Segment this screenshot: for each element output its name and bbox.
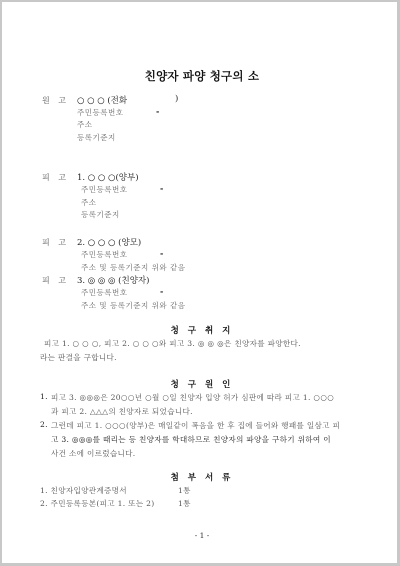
plaintiff-name: ○ ○ ○ (전화	[77, 94, 127, 106]
claim-cause-item-1-line-2: 과 피고 2. △△△의 친양자로 되었습니다.	[51, 406, 193, 417]
defendant-2-address-registry-label: 주소 및 등록기준지 위와 같음	[81, 262, 185, 273]
claim-cause-item-2-line-2: 고 3. ◎◎◎를 때리는 등 친양자를 학대하므로 친양자의 파양을 구하기 …	[51, 434, 331, 445]
attachment-item-1-label: 1. 친양자입양관계증명서	[40, 485, 127, 496]
attachments-heading: 첨 부 서 류	[2, 471, 400, 483]
plaintiff-resident-number-label: 주민등록번호	[77, 107, 123, 118]
defendant-1-registry-label: 등록기준지	[81, 209, 120, 220]
attachment-item-2-count: 1통	[178, 498, 191, 509]
plaintiff-label: 원 고	[42, 95, 69, 106]
attachment-item-2-label: 2. 주민등록등본(피고 1. 또는 2)	[40, 498, 155, 509]
plaintiff-resident-number-value: -	[156, 106, 159, 116]
claim-cause-heading: 청 구 원 인	[2, 378, 400, 390]
defendant-2-resident-number-value: -	[160, 248, 163, 258]
defendant-3-label: 피 고	[42, 275, 69, 286]
defendant-2-resident-number-label: 주민등록번호	[81, 249, 127, 260]
defendant-2-name: 2. ○ ○ ○ (양모)	[77, 236, 141, 248]
page-number: - 1 -	[2, 531, 400, 540]
document-title: 친양자 파양 청구의 소	[2, 68, 400, 84]
claim-purpose-heading: 청 구 취 지	[2, 324, 400, 336]
defendant-1-resident-number-value: -	[160, 183, 163, 193]
claim-cause-item-2-number: 2.	[40, 420, 48, 429]
document-page: 친양자 파양 청구의 소 원 고 ○ ○ ○ (전화 ) 주민등록번호 - 주소…	[0, 0, 400, 566]
plaintiff-name-close: )	[175, 94, 178, 104]
defendant-2-label: 피 고	[42, 237, 69, 248]
defendant-3-address-registry-label: 주소 및 등록기준지 위와 같음	[81, 300, 185, 311]
defendant-3-name: 3. ◎ ◎ ◎ (친양자)	[77, 274, 149, 286]
defendant-1-resident-number-label: 주민등록번호	[81, 184, 127, 195]
defendant-1-label: 피 고	[42, 172, 69, 183]
claim-cause-item-1-line-1: 피고 3. ◎◎◎은 20○○년 ○월 ○일 친양자 입양 허가 심판에 따라 …	[51, 392, 334, 403]
claim-cause-item-2-line-1: 그런데 피고 1. ○○○(양부)은 매일같이 폭음을 한 후 집에 들어와 행…	[51, 420, 340, 431]
claim-purpose-line-2: 라는 판결을 구합니다.	[40, 352, 117, 363]
attachment-item-1-count: 1통	[178, 485, 191, 496]
plaintiff-registry-label: 등록기준지	[77, 132, 116, 143]
claim-cause-item-1-number: 1.	[40, 392, 48, 401]
plaintiff-address-label: 주소	[77, 119, 93, 130]
defendant-3-resident-number-value: -	[160, 286, 163, 296]
claim-cause-item-2-line-3: 사건 소에 이르렀습니다.	[51, 448, 136, 459]
defendant-1-name: 1. ○ ○ ○(양부)	[77, 171, 139, 183]
claim-purpose-line-1: 피고 1. ○ ○ ○, 피고 2. ○ ○ ○와 피고 3. ◎ ◎ ◎은 친…	[44, 338, 301, 349]
defendant-1-address-label: 주소	[81, 197, 97, 208]
defendant-3-resident-number-label: 주민등록번호	[81, 287, 127, 298]
